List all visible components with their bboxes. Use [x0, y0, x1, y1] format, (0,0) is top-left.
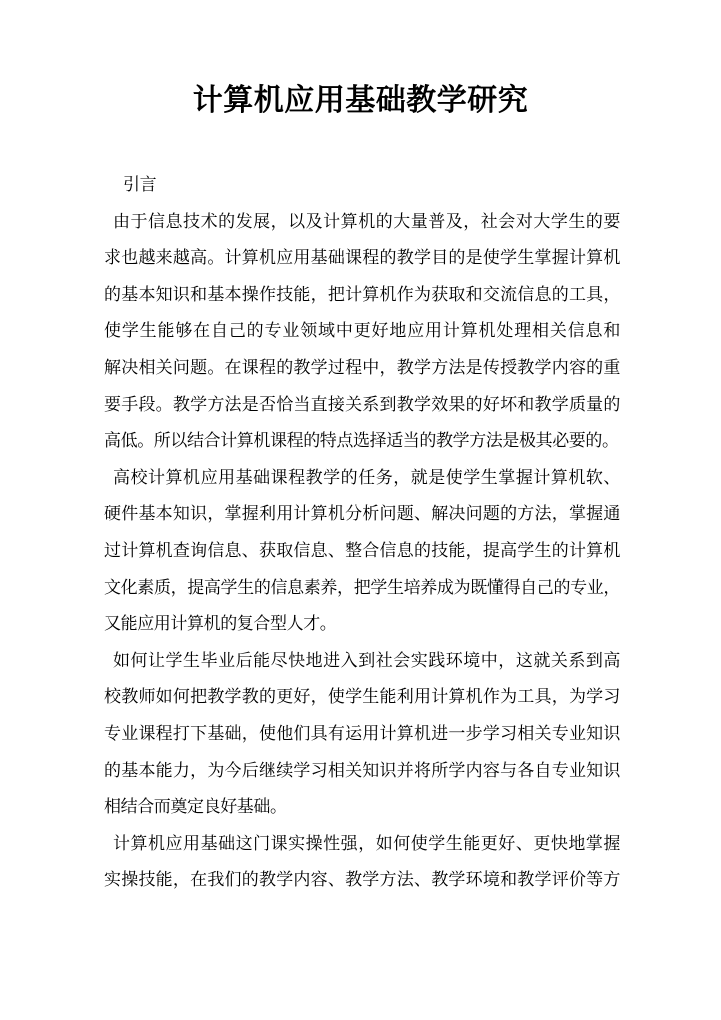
document-title: 计算机应用基础教学研究: [0, 82, 721, 120]
document-page: 计算机应用基础教学研究 引言由于信息技术的发展，以及计算机的大量普及，社会对大学…: [0, 0, 721, 1020]
text-line: 计算机应用基础这门课实操性强，如何使学生能更好、更快地掌握: [104, 826, 620, 863]
text-line: 文化素质，提高学生的信息素养，把学生培养成为既懂得自己的专业，: [104, 570, 620, 607]
text-line: 高校计算机应用基础课程教学的任务，就是使学生掌握计算机软、: [104, 460, 620, 497]
text-line: 使学生能够在自己的专业领域中更好地应用计算机处理相关信息和: [104, 313, 620, 350]
text-line: 专业课程打下基础，使他们具有运用计算机进一步学习相关专业知识: [104, 716, 620, 753]
body-paragraph: 由于信息技术的发展，以及计算机的大量普及，社会对大学生的要求也越来越高。计算机应…: [104, 204, 620, 460]
body-paragraph: 如何让学生毕业后能尽快地进入到社会实践环境中，这就关系到高校教师如何把教学教的更…: [104, 643, 620, 826]
text-line: 的基本能力，为今后继续学习相关知识并将所学内容与各自专业知识: [104, 753, 620, 790]
text-line: 要手段。教学方法是否恰当直接关系到教学效果的好坏和教学质量的: [104, 387, 620, 424]
body-paragraph: 高校计算机应用基础课程教学的任务，就是使学生掌握计算机软、硬件基本知识，掌握利用…: [104, 460, 620, 643]
text-line: 引言: [104, 167, 620, 204]
text-line: 校教师如何把教学教的更好，使学生能利用计算机作为工具，为学习: [104, 679, 620, 716]
text-line: 高低。所以结合计算机课程的特点选择适当的教学方法是极其必要的。: [104, 423, 620, 460]
intro-paragraph: 引言: [104, 167, 620, 204]
text-line: 实操技能，在我们的教学内容、教学方法、教学环境和教学评价等方: [104, 862, 620, 899]
text-line: 由于信息技术的发展，以及计算机的大量普及，社会对大学生的要: [104, 204, 620, 241]
text-line: 又能应用计算机的复合型人才。: [104, 606, 620, 643]
text-line: 硬件基本知识，掌握利用计算机分析问题、解决问题的方法，掌握通: [104, 496, 620, 533]
text-line: 的基本知识和基本操作技能，把计算机作为获取和交流信息的工具，: [104, 277, 620, 314]
document-body: 引言由于信息技术的发展，以及计算机的大量普及，社会对大学生的要求也越来越高。计算…: [104, 167, 620, 899]
body-paragraph: 计算机应用基础这门课实操性强，如何使学生能更好、更快地掌握实操技能，在我们的教学…: [104, 826, 620, 899]
text-line: 解决相关问题。在课程的教学过程中，教学方法是传授教学内容的重: [104, 350, 620, 387]
text-line: 相结合而奠定良好基础。: [104, 789, 620, 826]
text-line: 如何让学生毕业后能尽快地进入到社会实践环境中，这就关系到高: [104, 643, 620, 680]
text-line: 求也越来越高。计算机应用基础课程的教学目的是使学生掌握计算机: [104, 240, 620, 277]
text-line: 过计算机查询信息、获取信息、整合信息的技能，提高学生的计算机: [104, 533, 620, 570]
